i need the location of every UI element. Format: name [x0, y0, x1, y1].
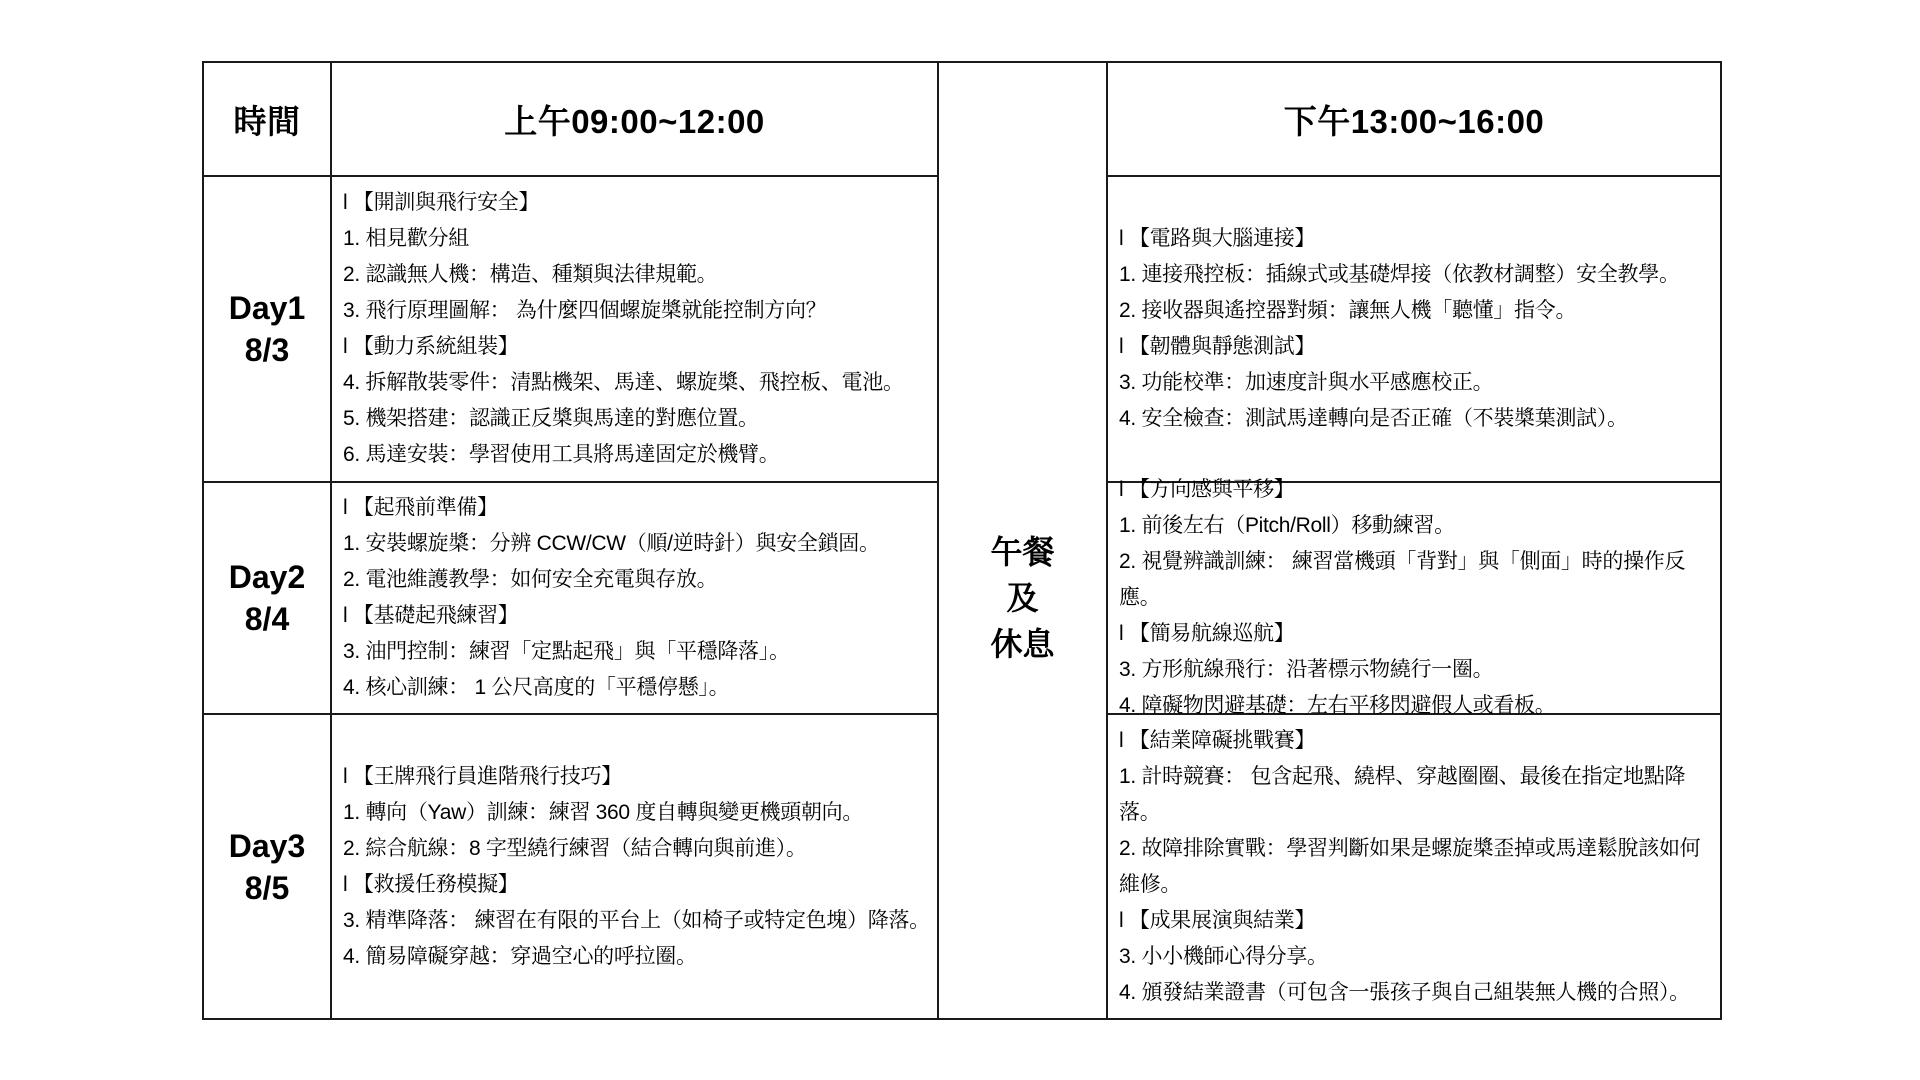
day3-afternoon-cell: l 【結業障礙挑戰賽】1. 計時競賽： 包含起飛、繞桿、穿越圈圈、最後在指定地點…	[1108, 715, 1720, 1018]
lunch-break-cell: 午餐及休息	[939, 63, 1108, 1018]
schedule-line: 5. 機架搭建：認識正反槳與馬達的對應位置。	[343, 401, 759, 437]
day2-label: Day2	[229, 556, 306, 598]
schedule-line: l 【結業障礙挑戰賽】	[1119, 723, 1315, 759]
day1-date: 8/3	[245, 329, 289, 371]
schedule-line: 1. 前後左右（Pitch/Roll）移動練習。	[1119, 508, 1455, 544]
schedule-line: 3. 精準降落： 練習在有限的平台上（如椅子或特定色塊）降落。	[343, 903, 930, 939]
schedule-line: 3. 方形航線飛行：沿著標示物繞行一圈。	[1119, 652, 1493, 688]
lunch-break-label: 午餐及休息	[939, 177, 1106, 1018]
schedule-line: 1. 相見歡分組	[343, 221, 469, 257]
schedule-line: 6. 馬達安裝：學習使用工具將馬達固定於機臂。	[343, 437, 779, 473]
header-time-cell: 時間	[204, 63, 332, 177]
course-schedule-table: 時間 上午09:00~12:00 下午13:00~16:00 午餐及休息 Day…	[202, 61, 1722, 1020]
schedule-line: 4. 頒發結業證書（可包含一張孩子與自己組裝無人機的合照）。	[1119, 975, 1690, 1011]
schedule-line: l 【動力系統組裝】	[343, 329, 519, 365]
schedule-line: 2. 電池維護教學：如何安全充電與存放。	[343, 562, 717, 598]
schedule-line: 1. 轉向（Yaw）訓練：練習 360 度自轉與變更機頭朝向。	[343, 795, 863, 831]
day1-label-cell: Day1 8/3	[204, 177, 332, 483]
schedule-line: l 【成果展演與結業】	[1119, 903, 1315, 939]
schedule-line: 午餐	[990, 529, 1054, 575]
schedule-line: 3. 功能校準：加速度計與水平感應校正。	[1119, 365, 1493, 401]
schedule-line: 4. 核心訓練： 1 公尺高度的「平穩停懸」。	[343, 670, 729, 706]
schedule-line: 3. 小小機師心得分享。	[1119, 939, 1328, 975]
day3-label-cell: Day3 8/5	[204, 715, 332, 1018]
schedule-line: l 【韌體與靜態測試】	[1119, 329, 1315, 365]
schedule-line: 1. 安裝螺旋槳：分辨 CCW/CW（順/逆時針）與安全鎖固。	[343, 526, 880, 562]
day2-label-cell: Day2 8/4	[204, 483, 332, 715]
day3-label: Day3	[229, 825, 306, 867]
day3-morning-cell: l 【王牌飛行員進階飛行技巧】1. 轉向（Yaw）訓練：練習 360 度自轉與變…	[332, 715, 939, 1018]
schedule-line: l 【電路與大腦連接】	[1119, 221, 1315, 257]
day2-morning-cell: l 【起飛前準備】1. 安裝螺旋槳：分辨 CCW/CW（順/逆時針）與安全鎖固。…	[332, 483, 939, 715]
schedule-line: 3. 油門控制：練習「定點起飛」與「平穩降落」。	[343, 634, 790, 670]
header-time-label: 時間	[234, 96, 301, 143]
schedule-line: 4. 拆解散裝零件：清點機架、馬達、螺旋槳、飛控板、電池。	[343, 365, 904, 401]
day1-label: Day1	[229, 287, 306, 329]
header-afternoon-label: 下午13:00~16:00	[1284, 96, 1545, 143]
day3-date: 8/5	[245, 867, 289, 909]
day1-morning-cell: l 【開訓與飛行安全】1. 相見歡分組2. 認識無人機：構造、種類與法律規範。3…	[332, 177, 939, 483]
schedule-line: 2. 故障排除實戰：學習判斷如果是螺旋槳歪掉或馬達鬆脫該如何維修。	[1119, 831, 1714, 903]
day2-date: 8/4	[245, 598, 289, 640]
schedule-line: 2. 認識無人機：構造、種類與法律規範。	[343, 257, 717, 293]
schedule-line: 4. 安全檢查：測試馬達轉向是否正確（不裝槳葉測試）。	[1119, 401, 1628, 437]
schedule-line: l 【基礎起飛練習】	[343, 598, 519, 634]
schedule-line: l 【開訓與飛行安全】	[343, 185, 539, 221]
schedule-line: l 【王牌飛行員進階飛行技巧】	[343, 759, 622, 795]
schedule-line: 休息	[990, 621, 1054, 667]
header-afternoon-cell: 下午13:00~16:00	[1108, 63, 1720, 177]
header-morning-label: 上午09:00~12:00	[504, 96, 765, 143]
schedule-line: 4. 簡易障礙穿越：穿過空心的呼拉圈。	[343, 939, 697, 975]
day2-afternoon-cell: l 【方向感與平移】1. 前後左右（Pitch/Roll）移動練習。2. 視覺辨…	[1108, 483, 1720, 715]
schedule-line: 及	[1006, 575, 1038, 621]
schedule-line: 2. 接收器與遙控器對頻：讓無人機「聽懂」指令。	[1119, 293, 1576, 329]
schedule-line: 1. 連接飛控板：插線式或基礎焊接（依教材調整）安全教學。	[1119, 257, 1680, 293]
schedule-line: 2. 視覺辨識訓練： 練習當機頭「背對」與「側面」時的操作反應。	[1119, 544, 1714, 616]
schedule-line: 1. 計時競賽： 包含起飛、繞桿、穿越圈圈、最後在指定地點降落。	[1119, 759, 1714, 831]
schedule-line: l 【方向感與平移】	[1119, 472, 1295, 508]
header-morning-cell: 上午09:00~12:00	[332, 63, 939, 177]
schedule-line: 3. 飛行原理圖解： 為什麼四個螺旋槳就能控制方向？	[343, 293, 826, 329]
schedule-line: l 【起飛前準備】	[343, 490, 498, 526]
day1-afternoon-cell: l 【電路與大腦連接】1. 連接飛控板：插線式或基礎焊接（依教材調整）安全教學。…	[1108, 177, 1720, 483]
lunch-header-spacer	[939, 63, 1106, 177]
schedule-line: 2. 綜合航線：8 字型繞行練習（結合轉向與前進）。	[343, 831, 807, 867]
schedule-line: l 【簡易航線巡航】	[1119, 616, 1295, 652]
schedule-line: l 【救援任務模擬】	[343, 867, 519, 903]
